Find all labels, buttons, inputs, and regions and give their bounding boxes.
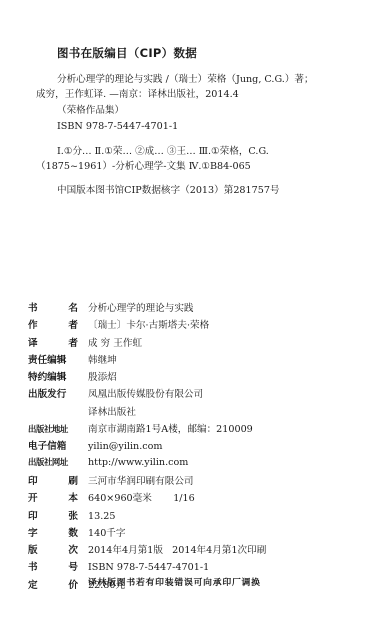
info-row-publisher: 出版发行 凤凰出版传媒股份有限公司 xyxy=(28,386,368,403)
cip-series-line: （荣格作品集） xyxy=(57,105,124,117)
translator-value: 成 穷 王作虹 xyxy=(84,335,142,349)
address-value: 南京市湖南路1号A楼，邮编：210009 xyxy=(84,421,253,435)
format-value: 640×960毫米 1/16 xyxy=(84,490,195,504)
cip-classification-line-1: Ⅰ.①分… Ⅱ.①荣… ②成… ③王… Ⅲ.①荣格，C.G. xyxy=(57,146,269,158)
info-row-translator: 译者 成 穷 王作虹 xyxy=(28,335,368,352)
editor-value: 韩继坤 xyxy=(84,352,117,366)
info-row-contract-editor: 特约编辑 殷添炤 xyxy=(28,369,368,386)
contract-editor-label: 特约编辑 xyxy=(28,369,84,383)
info-row-address: 出版社地址 南京市湖南路1号A楼，邮编：210009 xyxy=(28,421,368,438)
label-char: 作 xyxy=(28,317,38,331)
info-row-website: 出版社网址 http://www.yilin.com xyxy=(28,456,368,473)
label-char: 印 xyxy=(28,473,38,487)
label-char: 开 xyxy=(28,490,38,504)
email-label: 电子信箱 xyxy=(28,438,84,452)
label-char: 本 xyxy=(68,490,78,504)
wordcount-value: 140千字 xyxy=(84,525,126,539)
printer-value: 三河市华润印刷有限公司 xyxy=(84,473,194,487)
label-char: 定 xyxy=(28,577,38,591)
info-row-sheets: 印张 13.25 xyxy=(28,508,368,525)
label-char: 译 xyxy=(28,335,38,349)
cip-classification-line-2: （1875~1961）-分析心理学-文集 Ⅳ.①B84-065 xyxy=(36,161,251,173)
label-char: 次 xyxy=(68,542,78,556)
label-char: 数 xyxy=(68,525,78,539)
publisher-value: 凤凰出版传媒股份有限公司 xyxy=(84,386,203,400)
label-char: 版 xyxy=(28,542,38,556)
publisher-imprint-value: 译林出版社 xyxy=(84,404,136,418)
info-row-format: 开本 640×960毫米 1/16 xyxy=(28,490,368,507)
author-value: 〔瑞士〕卡尔·古斯塔夫·荣格 xyxy=(84,317,209,331)
info-row-edition: 版次 2014年4月第1版 2014年4月第1次印刷 xyxy=(28,542,368,559)
label-char: 号 xyxy=(68,559,78,573)
info-row-publisher-2: 译林出版社 xyxy=(28,404,368,421)
publication-info: 书名 分析心理学的理论与实践 作者 〔瑞士〕卡尔·古斯塔夫·荣格 译者 成 穷 … xyxy=(28,300,368,594)
label-char: 书 xyxy=(28,559,38,573)
email-value: yilin@yilin.com xyxy=(84,441,163,452)
address-label: 出版社地址 xyxy=(28,423,84,435)
label-char: 刷 xyxy=(68,473,78,487)
label-char: 者 xyxy=(68,317,78,331)
cip-isbn-line: ISBN 978-7-5447-4701-1 xyxy=(57,121,178,133)
editor-label: 责任编辑 xyxy=(28,352,84,366)
info-row-author: 作者 〔瑞士〕卡尔·古斯塔夫·荣格 xyxy=(28,317,368,334)
book-title-value: 分析心理学的理论与实践 xyxy=(84,300,194,314)
info-row-printer: 印刷 三河市华润印刷有限公司 xyxy=(28,473,368,490)
label-char: 书 xyxy=(28,300,38,314)
contract-editor-value: 殷添炤 xyxy=(84,369,117,383)
website-value: http://www.yilin.com xyxy=(84,457,188,468)
isbn-value: ISBN 978-7-5447-4701-1 xyxy=(84,562,209,573)
info-row-title: 书名 分析心理学的理论与实践 xyxy=(28,300,368,317)
cip-title: 图书在版编目（CIP）数据 xyxy=(57,45,197,61)
label-char: 者 xyxy=(68,335,78,349)
label-char: 名 xyxy=(68,300,78,314)
publisher-label: 出版发行 xyxy=(28,386,84,400)
label-char: 价 xyxy=(68,577,78,591)
label-char: 张 xyxy=(68,508,78,522)
cip-core-number: 中国版本图书馆CIP数据核字（2013）第281757号 xyxy=(57,185,280,197)
cip-entry-line-1: 分析心理学的理论与实践 /（瑞士）荣格（Jung, C.G.）著； xyxy=(57,74,314,86)
sheets-value: 13.25 xyxy=(84,511,115,522)
label-char: 字 xyxy=(28,525,38,539)
misprint-exchange-notice: 译林版图书若有印装错误可向承印厂调换 xyxy=(88,575,261,588)
info-row-editor: 责任编辑 韩继坤 xyxy=(28,352,368,369)
info-row-wordcount: 字数 140千字 xyxy=(28,525,368,542)
edition-value: 2014年4月第1版 2014年4月第1次印刷 xyxy=(84,542,266,556)
cip-entry-line-2: 成穷，王作虹译. —南京：译林出版社，2014.4 xyxy=(36,89,239,101)
website-label: 出版社网址 xyxy=(28,456,84,468)
info-row-email: 电子信箱 yilin@yilin.com xyxy=(28,438,368,455)
label-char: 印 xyxy=(28,508,38,522)
